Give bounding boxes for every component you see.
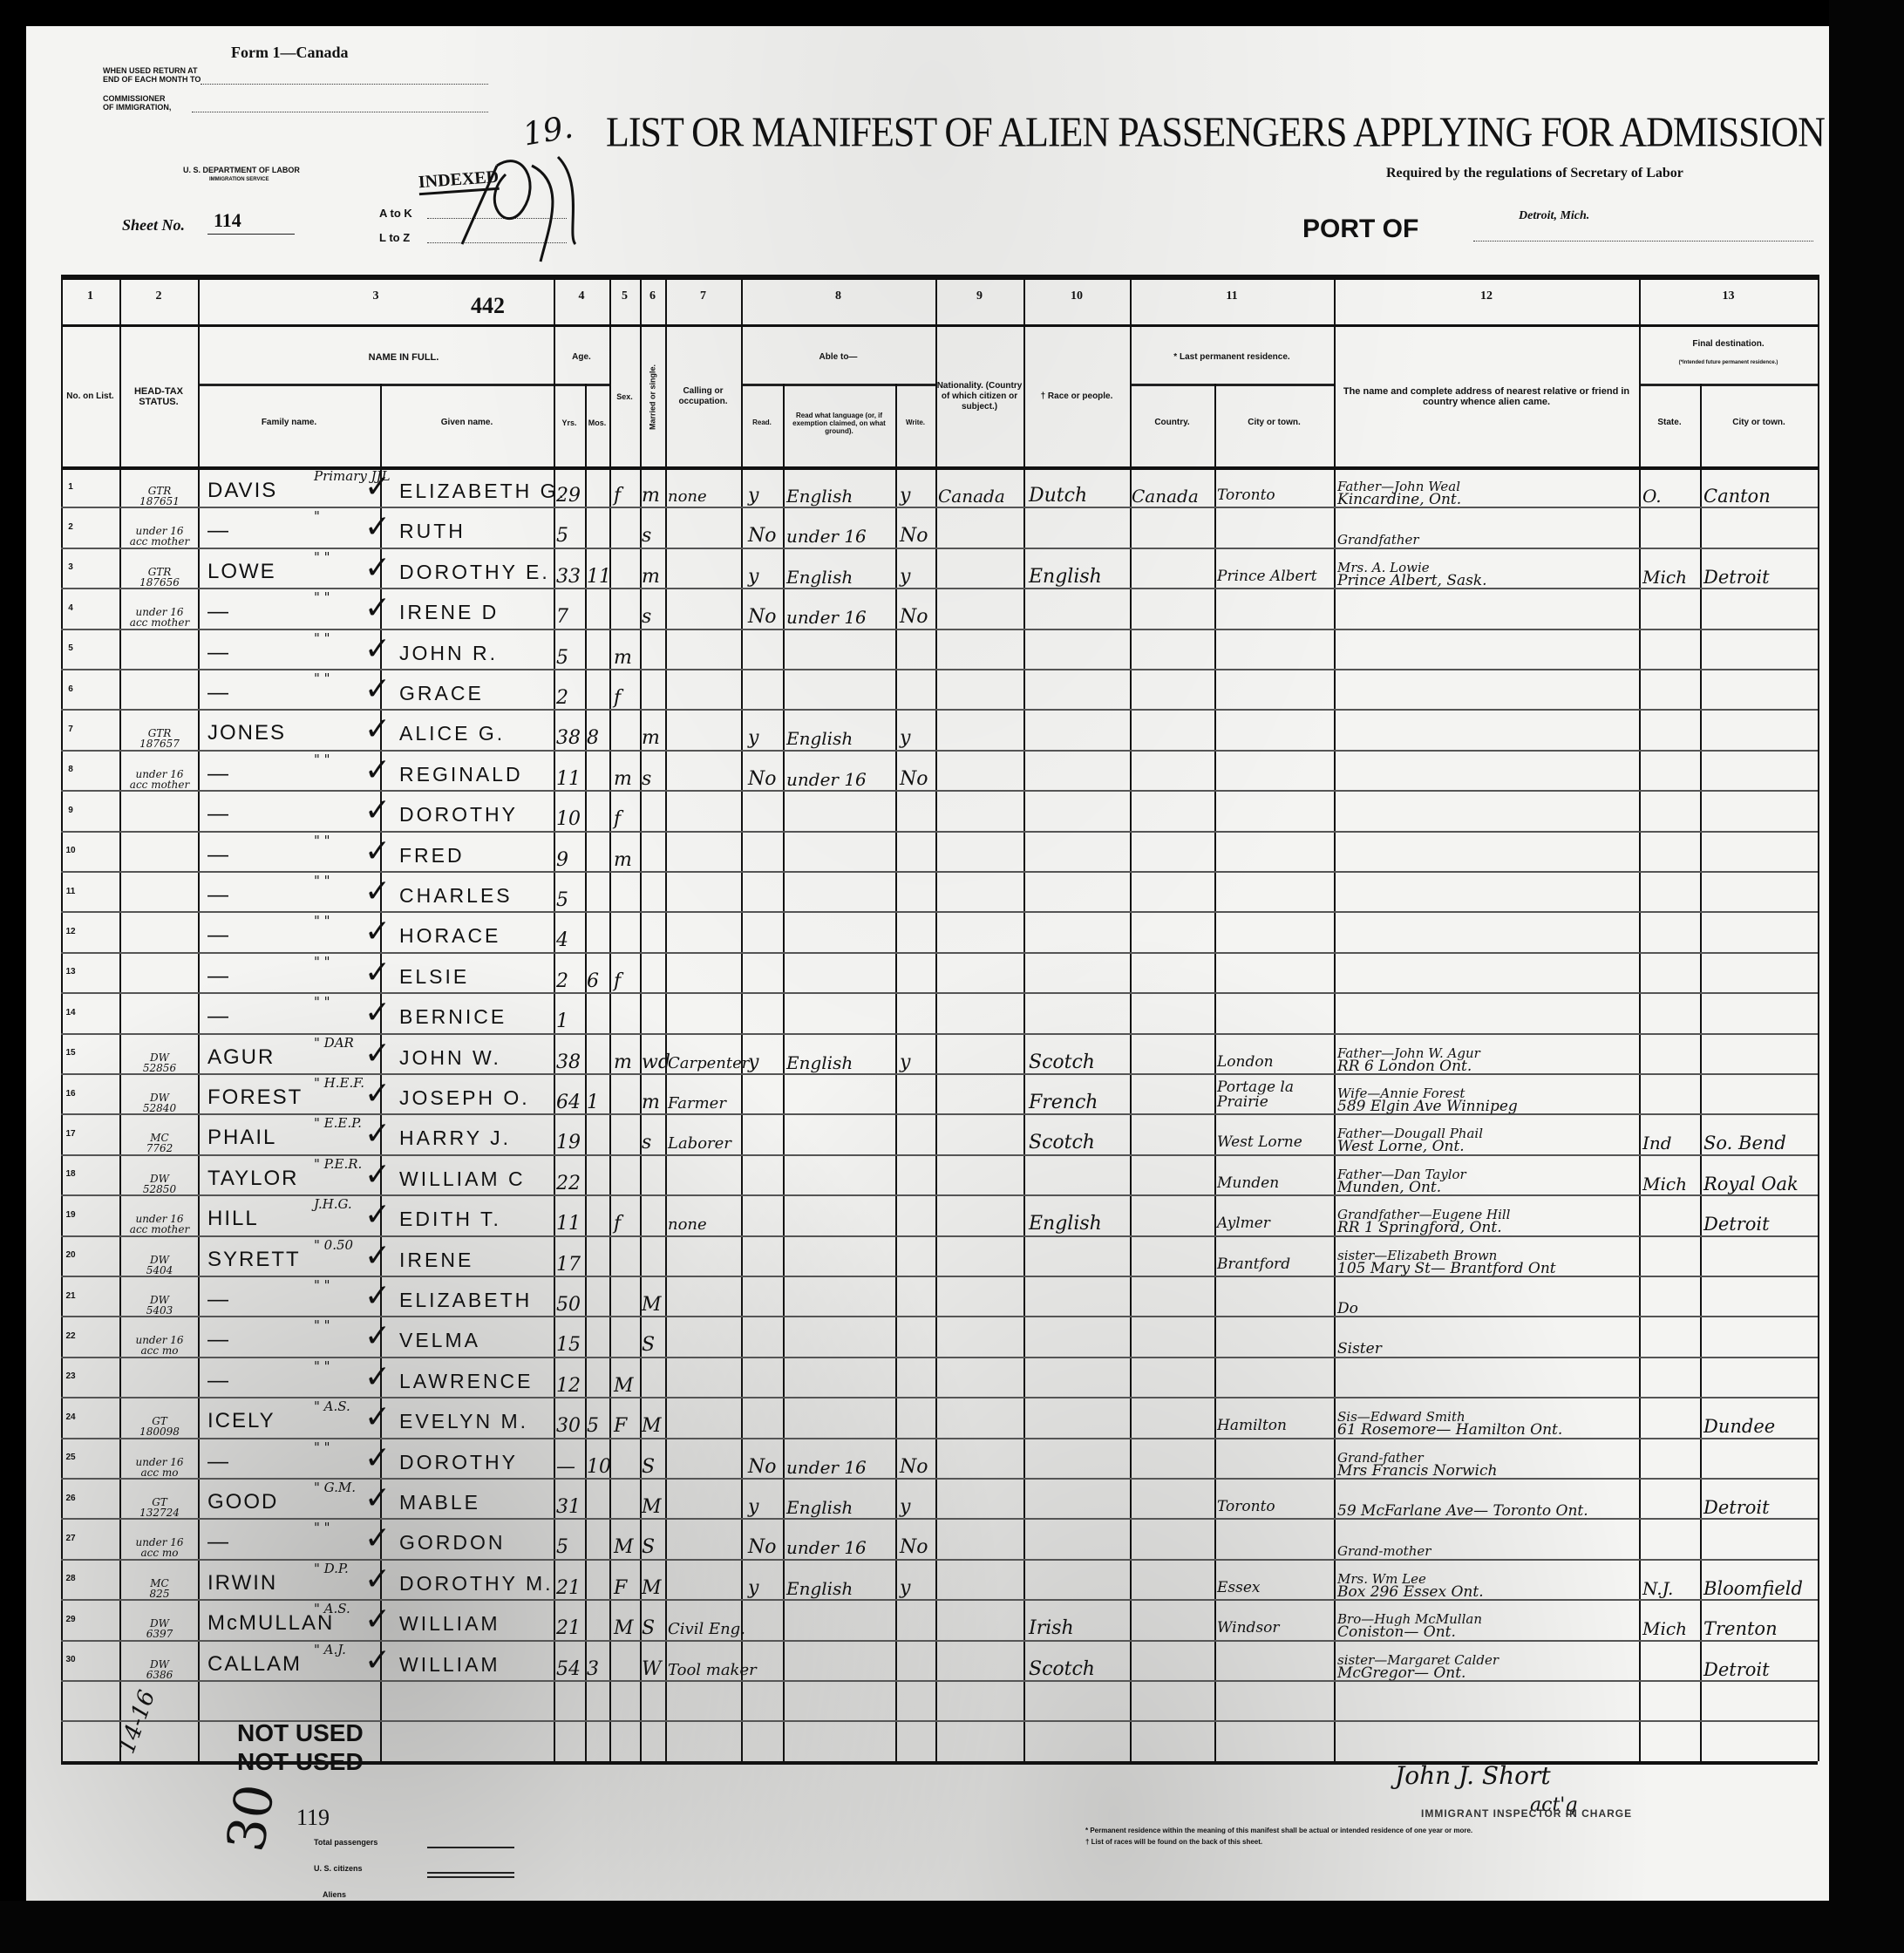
residence-country: Canada (1132, 466, 1214, 507)
calling-occupation (668, 831, 741, 871)
race-or-people (1029, 952, 1130, 992)
age-years: 21 (556, 1599, 584, 1639)
age-months (587, 831, 609, 871)
destination-state (1642, 588, 1700, 628)
residence-city (1217, 709, 1334, 749)
nearest-relative: Bro—Hugh McMullan Coniston— Ont. (1337, 1599, 1638, 1639)
read-language: under 16 (786, 1518, 895, 1558)
family-name: HILL (207, 1194, 330, 1235)
race-or-people (1029, 911, 1130, 951)
checkmark-icon: ✓ (364, 957, 391, 989)
head-tax-status: GTR 187657 (121, 709, 198, 749)
head-tax-line-2: 187656 (139, 577, 180, 588)
age-years: 5 (556, 871, 584, 911)
age-years: 12 (556, 1357, 584, 1397)
residence-city (1217, 831, 1334, 871)
column-number-4: 4 (554, 289, 609, 303)
destination-state (1642, 1438, 1700, 1478)
age-months (587, 1276, 609, 1316)
nationality (938, 629, 1023, 669)
head-tax-status (121, 871, 198, 911)
age-months: 11 (587, 548, 609, 588)
family-name: — (207, 871, 330, 911)
head-tax-status: under 16 acc mother (121, 750, 198, 790)
can-write (900, 629, 935, 669)
calling-occupation: Civil Eng. (668, 1599, 741, 1639)
header-mos: Mos. (585, 384, 609, 462)
head-tax-line-2: 187657 (139, 738, 180, 749)
can-write (900, 669, 935, 709)
read-language: under 16 (786, 507, 895, 547)
residence-country (1132, 1397, 1214, 1437)
sex (614, 992, 640, 1032)
destination-state (1642, 1478, 1700, 1518)
read-language: English (786, 466, 895, 507)
calling-occupation (668, 588, 741, 628)
residence-city (1217, 507, 1334, 547)
checkmark-icon: ✓ (364, 1483, 391, 1514)
can-read: No (748, 750, 783, 790)
checkmark-icon: ✓ (364, 714, 391, 745)
marital-status: W (642, 1640, 666, 1680)
age-months (587, 1033, 609, 1073)
nearest-relative: Grandfather—Eugene Hill RR 1 Springford,… (1337, 1194, 1638, 1235)
inspector-signature: John J. Short (1395, 1761, 1551, 1790)
residence-city: Prince Albert (1217, 548, 1334, 588)
race-or-people (1029, 507, 1130, 547)
can-write: y (900, 1478, 935, 1518)
residence-city: Portage la Prairie (1217, 1073, 1334, 1113)
can-read (748, 629, 783, 669)
given-name: DOROTHY (399, 1438, 552, 1478)
marital-status (642, 629, 666, 669)
marital-status: s (642, 507, 666, 547)
can-write (900, 1154, 935, 1194)
read-language (786, 669, 895, 709)
nearest-relative: Father—John Weal Kincardine, Ont. (1337, 466, 1638, 507)
can-write (900, 1599, 935, 1639)
head-tax-status (121, 790, 198, 830)
can-read: No (748, 588, 783, 628)
sex (614, 1073, 640, 1113)
read-language (786, 790, 895, 830)
head-tax-status (121, 831, 198, 871)
residence-city (1217, 871, 1334, 911)
given-name: DOROTHY M. (399, 1559, 552, 1599)
read-language (786, 911, 895, 951)
race-or-people (1029, 831, 1130, 871)
age-months (587, 871, 609, 911)
nearest-relative (1337, 911, 1638, 951)
header-write: Write. (895, 384, 935, 462)
read-language (786, 871, 895, 911)
can-read (748, 669, 783, 709)
nationality (938, 507, 1023, 547)
race-or-people (1029, 1357, 1130, 1397)
nearest-relative: Father—John W. Agur RR 6 London Ont. (1337, 1033, 1638, 1073)
header-able-to: Able to— (741, 331, 935, 384)
nearest-relative (1337, 1357, 1638, 1397)
residence-country (1132, 1235, 1214, 1276)
relative-line-1: Grand-mother (1337, 1545, 1431, 1558)
destination-city: Detroit (1703, 1194, 1817, 1235)
age-months: 8 (587, 709, 609, 749)
age-months (587, 1113, 609, 1153)
marital-status (642, 669, 666, 709)
calling-occupation (668, 1235, 741, 1276)
footer-count: 119 (296, 1805, 330, 1831)
age-months (587, 750, 609, 790)
can-write (900, 1235, 935, 1276)
read-language: under 16 (786, 1438, 895, 1478)
nationality (938, 1559, 1023, 1599)
destination-state: N.J. (1642, 1559, 1700, 1599)
calling-occupation (668, 952, 741, 992)
can-read (748, 911, 783, 951)
residence-city (1217, 952, 1334, 992)
can-write: No (900, 1518, 935, 1558)
family-name: — (207, 629, 330, 669)
head-tax-line-2: acc mother (130, 1224, 189, 1235)
calling-occupation (668, 1357, 741, 1397)
residence-city: Munden (1217, 1154, 1334, 1194)
sex (614, 1478, 640, 1518)
checkmark-icon: ✓ (364, 1402, 391, 1433)
age-years: 2 (556, 952, 584, 992)
marital-status (642, 1154, 666, 1194)
total-passengers-line (427, 1847, 514, 1848)
sex (614, 588, 640, 628)
relative-line-2: McGregor— Ont. (1337, 1667, 1465, 1680)
given-name: JOHN W. (399, 1033, 552, 1073)
family-name: — (207, 1438, 330, 1478)
destination-city: Canton (1703, 466, 1817, 507)
checkmark-icon: ✓ (364, 472, 391, 503)
can-read: y (748, 709, 783, 749)
destination-city: Detroit (1703, 1478, 1817, 1518)
calling-occupation (668, 709, 741, 749)
checkmark-icon: ✓ (364, 553, 391, 584)
read-language (786, 1276, 895, 1316)
sex: m (614, 831, 640, 871)
scan-border-bottom (0, 1901, 1904, 1953)
commissioner-blank (192, 112, 488, 112)
row-number: 11 (63, 871, 78, 911)
read-language: English (786, 1033, 895, 1073)
head-tax-line-2: acc mo (140, 1345, 178, 1356)
header-final-destination: Final destination. (1639, 331, 1818, 357)
race-or-people: English (1029, 548, 1130, 588)
nationality (938, 709, 1023, 749)
destination-state (1642, 1518, 1700, 1558)
relative-line-2: Prince Albert, Sask. (1337, 575, 1487, 588)
head-tax-line-2: 52856 (143, 1063, 176, 1073)
return-label: WHEN USED RETURN AT END OF EACH MONTH TO (103, 66, 201, 84)
nearest-relative (1337, 790, 1638, 830)
residence-country (1132, 871, 1214, 911)
age-months (587, 588, 609, 628)
nearest-relative (1337, 709, 1638, 749)
read-language (786, 1599, 895, 1639)
age-years: — (556, 1438, 584, 1478)
row-number: 19 (63, 1194, 78, 1235)
residence-country (1132, 1438, 1214, 1478)
header-calling: Calling or occupation. (665, 331, 741, 462)
row-number: 6 (63, 669, 78, 709)
row-number: 22 (63, 1316, 78, 1356)
relative-line-2: Kincardine, Ont. (1337, 493, 1461, 507)
destination-city (1703, 952, 1817, 992)
column-number-7: 7 (665, 289, 741, 303)
nearest-relative: Father—Dougall Phail West Lorne, Ont. (1337, 1113, 1638, 1153)
marital-status (642, 831, 666, 871)
destination-state: O. (1642, 466, 1700, 507)
given-name: GORDON (399, 1518, 552, 1558)
can-write: y (900, 709, 935, 749)
marital-status: M (642, 1559, 666, 1599)
row-number: 16 (63, 1073, 78, 1113)
destination-city (1703, 709, 1817, 749)
can-read: y (748, 1478, 783, 1518)
head-tax-line-1: DW (150, 1255, 169, 1265)
checkmark-icon: ✓ (364, 634, 391, 665)
residence-country (1132, 1316, 1214, 1356)
sheet-number: 114 (214, 209, 241, 232)
destination-state (1642, 709, 1700, 749)
department-label: U. S. DEPARTMENT OF LABOR (183, 166, 300, 174)
head-tax-line-2: acc mo (140, 1548, 178, 1558)
head-tax-line-2: 187651 (139, 496, 180, 507)
can-write (900, 1194, 935, 1235)
age-years: 15 (556, 1316, 584, 1356)
checkmark-icon: ✓ (364, 1604, 391, 1636)
can-write: No (900, 1438, 935, 1478)
family-name: SYRETT (207, 1235, 330, 1276)
nationality (938, 790, 1023, 830)
race-or-people (1029, 1154, 1130, 1194)
family-name: McMULLAN (207, 1599, 330, 1639)
calling-occupation: none (668, 1194, 741, 1235)
nationality (938, 1640, 1023, 1680)
head-tax-line-2: 825 (150, 1589, 170, 1599)
marital-status (642, 1194, 666, 1235)
checkmark-icon: ✓ (364, 674, 391, 705)
header-read-language: Read what language (or, if exemption cla… (783, 384, 895, 462)
age-years: 50 (556, 1276, 584, 1316)
given-name: MABLE (399, 1478, 552, 1518)
head-tax-status: DW 6386 (121, 1640, 198, 1680)
row-number: 4 (63, 588, 78, 628)
column-number-2: 2 (119, 289, 198, 303)
head-tax-status (121, 629, 198, 669)
nearest-relative (1337, 952, 1638, 992)
us-citizens-line (427, 1872, 514, 1878)
head-tax-status: DW 6397 (121, 1599, 198, 1639)
residence-country (1132, 1478, 1214, 1518)
destination-state (1642, 1276, 1700, 1316)
subtitle: Required by the regulations of Secretary… (1386, 166, 1683, 181)
head-tax-line-1: DW (150, 1659, 169, 1670)
header-nationality: Nationality. (Country of which citizen o… (935, 331, 1023, 462)
read-language (786, 1154, 895, 1194)
destination-state (1642, 831, 1700, 871)
column-number-5: 5 (609, 289, 640, 303)
header-name-in-full: NAME IN FULL. (198, 331, 609, 384)
can-read: No (748, 507, 783, 547)
age-months (587, 790, 609, 830)
relative-line-2: RR 6 London Ont. (1337, 1060, 1472, 1073)
age-years: 29 (556, 466, 584, 507)
head-tax-line-2: 5404 (146, 1265, 173, 1276)
a-to-k-label: A to K (379, 209, 412, 218)
destination-city (1703, 1235, 1817, 1276)
row-number: 9 (63, 790, 78, 830)
port-blank (1473, 241, 1813, 242)
destination-state: Mich (1642, 1599, 1700, 1639)
can-write (900, 871, 935, 911)
given-name: HARRY J. (399, 1113, 552, 1153)
destination-city: So. Bend (1703, 1113, 1817, 1153)
residence-city (1217, 629, 1334, 669)
can-read (748, 871, 783, 911)
row-number: 25 (63, 1438, 78, 1478)
can-read (748, 1316, 783, 1356)
destination-state (1642, 911, 1700, 951)
can-read (748, 1357, 783, 1397)
checkmark-icon: ✓ (364, 1079, 391, 1110)
race-or-people (1029, 629, 1130, 669)
inspector-label: IMMIGRANT INSPECTOR IN CHARGE (1421, 1809, 1632, 1818)
calling-occupation (668, 1316, 741, 1356)
head-tax-status: GTR 187651 (121, 466, 198, 507)
family-name: AGUR (207, 1033, 330, 1073)
column-rule (1818, 275, 1819, 1761)
checkmark-icon: ✓ (364, 1281, 391, 1312)
family-name: — (207, 1357, 330, 1397)
race-or-people (1029, 790, 1130, 830)
nationality (938, 750, 1023, 790)
column-rule (741, 275, 743, 1761)
family-name: — (207, 669, 330, 709)
nationality (938, 952, 1023, 992)
race-or-people (1029, 1518, 1130, 1558)
age-years: 5 (556, 507, 584, 547)
race-or-people (1029, 1397, 1130, 1437)
age-months (587, 1154, 609, 1194)
nationality (938, 1316, 1023, 1356)
age-months (587, 1194, 609, 1235)
calling-occupation (668, 790, 741, 830)
residence-country (1132, 669, 1214, 709)
given-name: IRENE (399, 1235, 552, 1276)
nationality (938, 1235, 1023, 1276)
nearest-relative (1337, 750, 1638, 790)
age-months: 5 (587, 1397, 609, 1437)
residence-city (1217, 1316, 1334, 1356)
head-tax-status: under 16 acc mo (121, 1438, 198, 1478)
calling-occupation (668, 1559, 741, 1599)
nationality: Canada (938, 466, 1023, 507)
sheet-no-line (207, 234, 295, 235)
sex (614, 1276, 640, 1316)
row-number: 23 (63, 1357, 78, 1397)
age-years: 33 (556, 548, 584, 588)
footer-big-number: 30 (215, 1779, 287, 1855)
residence-city (1217, 1357, 1334, 1397)
residence-city (1217, 750, 1334, 790)
column-rule (1214, 384, 1216, 1761)
head-tax-status (121, 669, 198, 709)
column-rule (783, 384, 785, 1761)
residence-city (1217, 911, 1334, 951)
row-number: 10 (63, 831, 78, 871)
family-name: — (207, 992, 330, 1032)
head-tax-status (121, 1357, 198, 1397)
residence-country (1132, 1599, 1214, 1639)
sex: m (614, 1033, 640, 1073)
age-years: 11 (556, 750, 584, 790)
header-married-or-single: Married or single. (640, 331, 665, 462)
nationality (938, 911, 1023, 951)
nationality (938, 992, 1023, 1032)
destination-state: Ind (1642, 1113, 1700, 1153)
destination-state (1642, 507, 1700, 547)
sheet-label: Sheet No. (122, 216, 185, 235)
age-months (587, 1518, 609, 1558)
marital-status (642, 790, 666, 830)
can-read (748, 1073, 783, 1113)
sex: f (614, 466, 640, 507)
scan-border-right (1829, 0, 1904, 1953)
can-write (900, 1640, 935, 1680)
can-write: y (900, 466, 935, 507)
header-country: Country. (1130, 384, 1214, 462)
head-tax-line-2: 52840 (143, 1103, 176, 1113)
can-read: y (748, 466, 783, 507)
age-years: 9 (556, 831, 584, 871)
destination-city (1703, 507, 1817, 547)
residence-city (1217, 790, 1334, 830)
head-tax-line-2: 180098 (139, 1426, 180, 1437)
sex (614, 709, 640, 749)
calling-occupation (668, 669, 741, 709)
can-write (900, 1113, 935, 1153)
destination-city: Bloomfield (1703, 1559, 1817, 1599)
destination-city (1703, 750, 1817, 790)
row-number: 7 (63, 709, 78, 749)
marital-status: m (642, 1073, 666, 1113)
sex (614, 1113, 640, 1153)
column-number-10: 10 (1023, 289, 1130, 303)
race-or-people (1029, 1478, 1130, 1518)
given-name: WILLIAM C (399, 1154, 552, 1194)
nationality (938, 1033, 1023, 1073)
row-number: 20 (63, 1235, 78, 1276)
destination-state (1642, 1640, 1700, 1680)
read-language (786, 1194, 895, 1235)
head-tax-line-1: under 16 (135, 1457, 183, 1467)
row-number: 15 (63, 1033, 78, 1073)
nationality (938, 831, 1023, 871)
column-number-8: 8 (741, 289, 935, 303)
can-read: y (748, 1033, 783, 1073)
race-or-people (1029, 1438, 1130, 1478)
age-years: 38 (556, 1033, 584, 1073)
relative-line-1: Grandfather (1337, 534, 1419, 547)
nationality (938, 1438, 1023, 1478)
checkmark-icon: ✓ (364, 1038, 391, 1070)
row-number: 8 (63, 750, 78, 790)
